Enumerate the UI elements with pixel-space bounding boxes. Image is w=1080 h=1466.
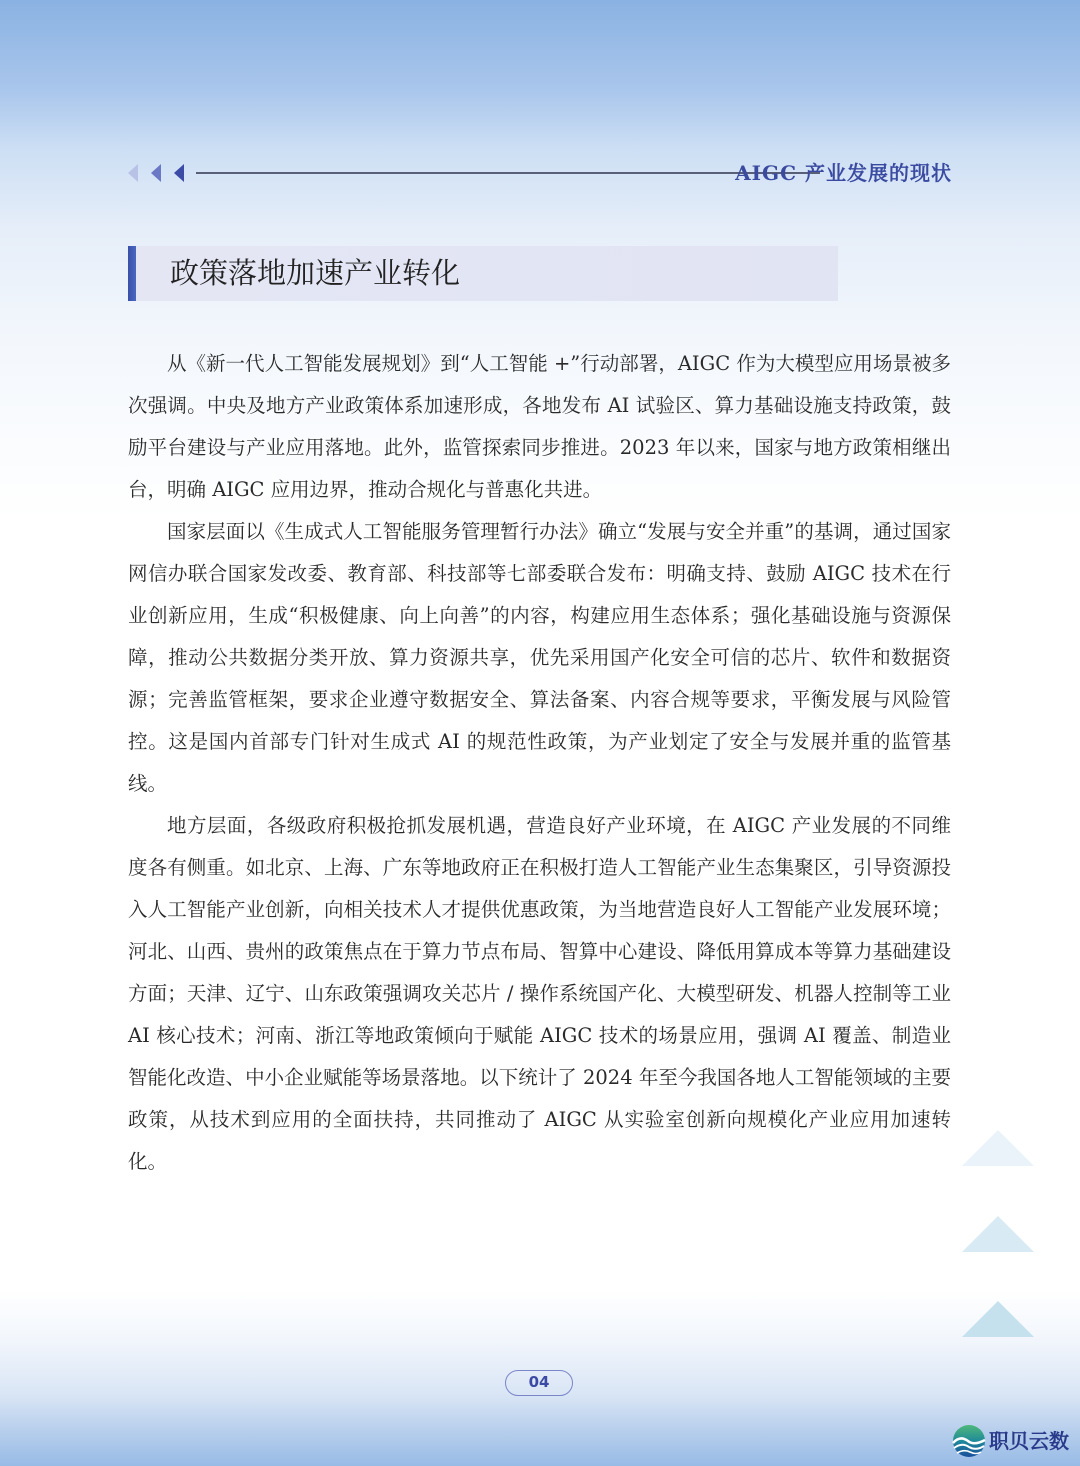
running-header: AIGC 产业发展的现状 <box>128 158 952 188</box>
decorative-triangle-icon <box>962 1130 1034 1166</box>
running-title: AIGC 产业发展的现状 <box>735 158 952 188</box>
paragraph: 地方层面，各级政府积极抢抓发展机遇，营造良好产业环境，在 AIGC 产业发展的不… <box>128 805 951 1183</box>
paragraph: 从《新一代人工智能发展规划》到“人工智能 +”行动部署，AIGC 作为大模型应用… <box>128 343 951 511</box>
page-number: 04 <box>505 1370 573 1396</box>
paragraph: 国家层面以《生成式人工智能服务管理暂行办法》确立“发展与安全并重”的基调，通过国… <box>128 511 951 805</box>
section-heading: 政策落地加速产业转化 <box>128 246 838 301</box>
decorative-triangle-icon <box>962 1216 1034 1252</box>
section-heading-accent-bar <box>128 246 136 301</box>
brand-name: 职贝云数 <box>989 1426 1069 1456</box>
brand-logo: 职贝云数 <box>950 1423 1078 1459</box>
wave-globe-icon <box>950 1423 988 1459</box>
section-title: 政策落地加速产业转化 <box>170 246 460 301</box>
left-arrows-icon <box>128 164 190 182</box>
article-body: 从《新一代人工智能发展规划》到“人工智能 +”行动部署，AIGC 作为大模型应用… <box>128 343 951 1183</box>
header-rule <box>196 172 820 174</box>
decorative-triangle-icon <box>962 1301 1034 1337</box>
